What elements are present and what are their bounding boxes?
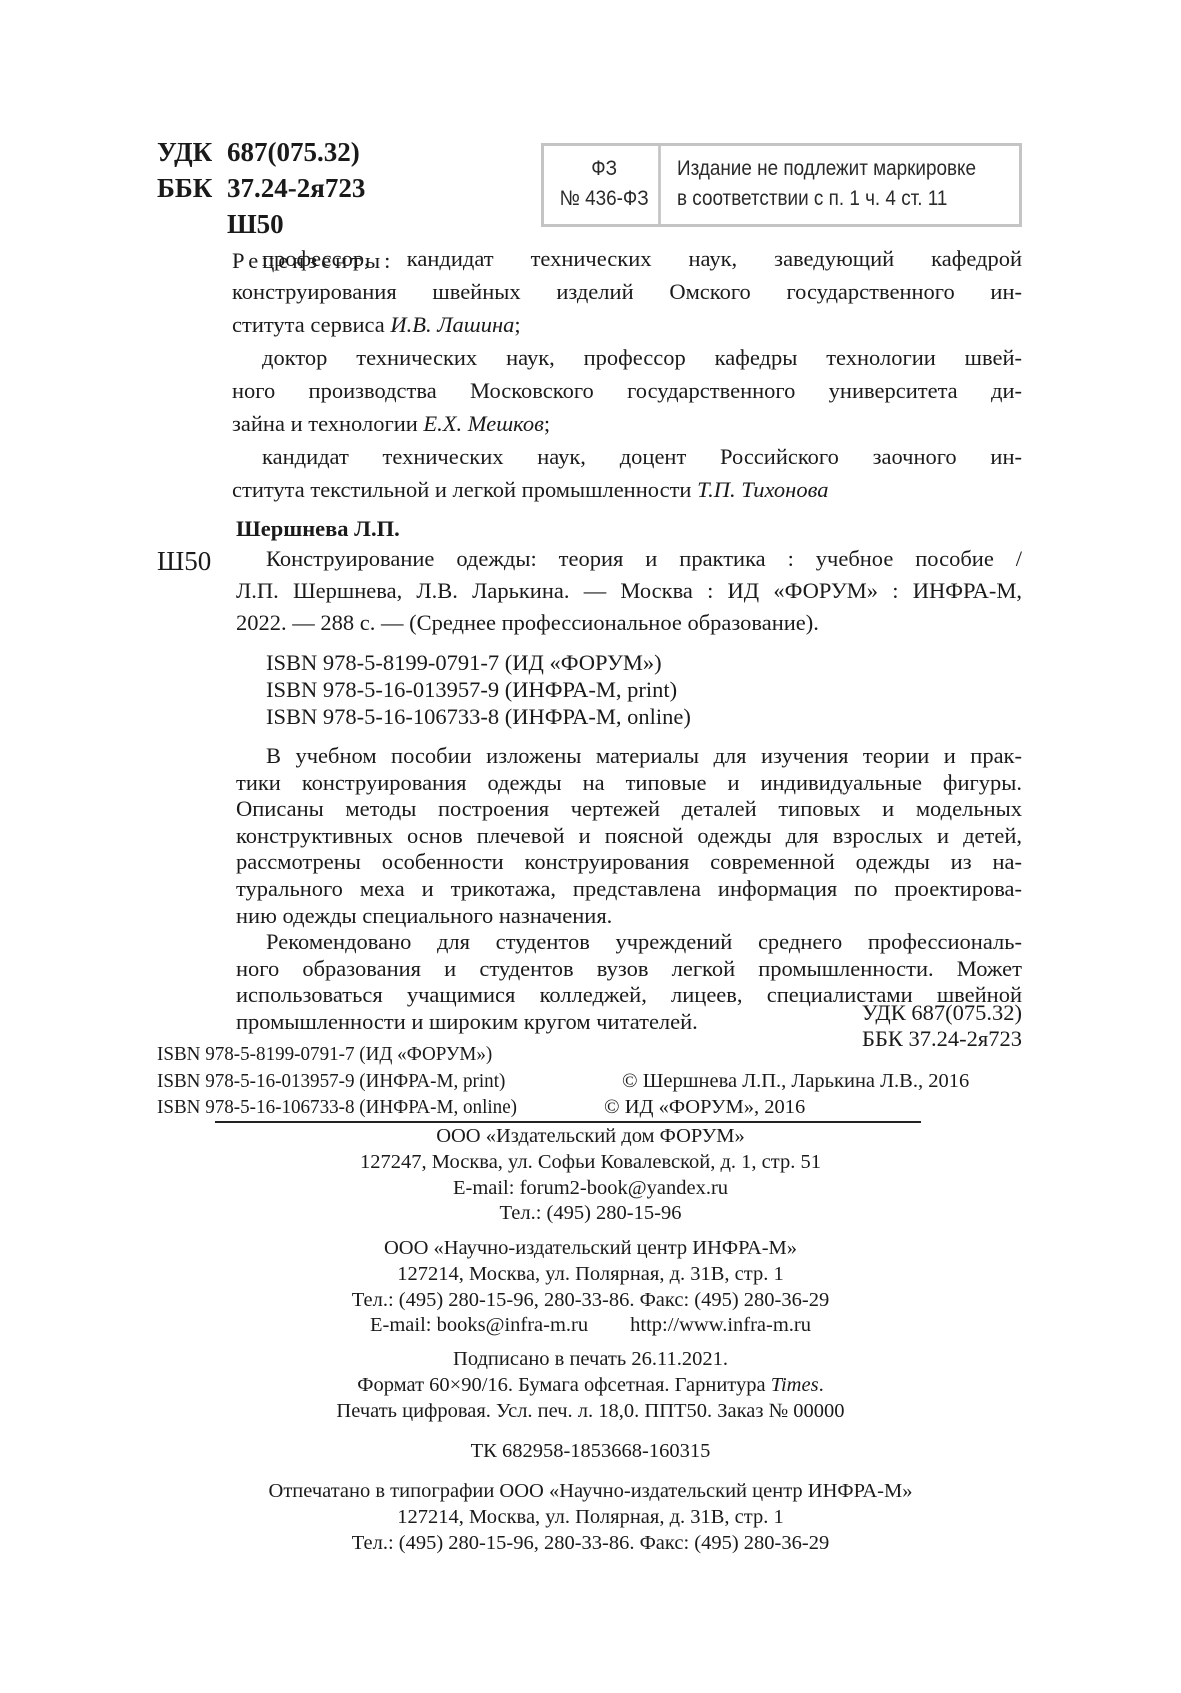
signed-for-print: Подписано в печать 26.11.2021. (0, 1348, 1181, 1371)
copyright-notice: © ИД «ФОРУМ», 2016 (604, 1096, 805, 1119)
reviewer-name: Т.П. Тихонова (697, 477, 828, 502)
recommendation-line: ного образования и студентов вузов легко… (236, 956, 1022, 982)
isbn-line: ISBN 978-5-16-013957-9 (ИНФРА-М, print) (266, 677, 677, 703)
udk-footer: УДК 687(075.32) (862, 1000, 1022, 1026)
copyright-notice: © Шершнева Л.П., Ларькина Л.В., 2016 (622, 1070, 969, 1093)
marking-notice-box: ФЗ № 436-ФЗ Издание не подлежит маркиров… (541, 143, 1022, 227)
reviewer-line: доктор технических наук, профессор кафед… (262, 345, 1022, 371)
annotation-line: тики конструирования одежды на типовые и… (236, 770, 1022, 796)
forum-imprint-line: 127247, Москва, ул. Софьи Ковалевской, д… (0, 1151, 1181, 1174)
printer-line: Тел.: (495) 280-15-96, 280-33-86. Факс: … (0, 1532, 1181, 1555)
annotation-line: рассмотрены особенности конструирования … (236, 849, 1022, 875)
bbk-value: 37.24-2я723 (227, 173, 365, 203)
annotation-line: турального меха и трикотажа, представлен… (236, 876, 1022, 902)
description-line: Л.П. Шершнева, Л.В. Ларькина. — Москва :… (236, 578, 1022, 604)
annotation-line: Описаны методы построения чертежей детал… (236, 796, 1022, 822)
author-name: Шершнева Л.П. (236, 516, 400, 542)
infra-imprint-line: Тел.: (495) 280-15-96, 280-33-86. Факс: … (0, 1289, 1181, 1312)
isbn-line: ISBN 978-5-16-106733-8 (ИНФРА-М, online) (266, 704, 691, 730)
copyright-isbn: ISBN 978-5-16-106733-8 (ИНФРА-М, online) (157, 1096, 517, 1119)
format-line: Формат 60×90/16. Бумага офсетная. Гарнит… (0, 1374, 1181, 1397)
recommendation-line: Рекомендовано для студентов учреждений с… (266, 929, 1022, 955)
annotation-line: конструктивных основ плечевой и поясной … (236, 823, 1022, 849)
marking-text: Издание не подлежит маркировке в соответ… (667, 146, 1009, 224)
bbk-label: ББК (157, 171, 227, 206)
reviewer-line: конструирования швейных изделий Омского … (232, 279, 1022, 305)
reviewer-name: И.В. Лашина (390, 312, 514, 337)
udk-classification: УДК687(075.32) (157, 135, 360, 170)
marking-text-line-2: в соответствии с п. 1 ч. 4 ст. 11 (677, 184, 976, 214)
reviewer-line: профессор, кандидат технических наук, за… (262, 246, 1022, 272)
printer-line: 127214, Москва, ул. Полярная, д. 31В, ст… (0, 1506, 1181, 1529)
forum-imprint-line: E-mail: forum2-book@yandex.ru (0, 1177, 1181, 1200)
udk-label: УДК (157, 135, 227, 170)
law-line-2: № 436-ФЗ (550, 184, 658, 214)
isbn-line: ISBN 978-5-8199-0791-7 (ИД «ФОРУМ») (266, 650, 662, 676)
law-reference: ФЗ № 436-ФЗ (550, 146, 661, 224)
annotation-line: В учебном пособии изложены материалы для… (266, 743, 1022, 769)
infra-imprint-line: 127214, Москва, ул. Полярная, д. 31В, ст… (0, 1263, 1181, 1286)
forum-imprint-line: ООО «Издательский дом ФОРУМ» (0, 1125, 1181, 1148)
reviewer-line: кандидат технических наук, доцент Россий… (262, 444, 1022, 470)
udk-value: 687(075.32) (227, 137, 360, 167)
description-line: Конструирование одежды: теория и практик… (266, 546, 1022, 572)
reviewer-line: ного производства Московского государств… (232, 378, 1022, 404)
author-mark-top: Ш50 (227, 207, 284, 242)
printer-line: Отпечатано в типографии ООО «Научно-изда… (0, 1480, 1181, 1503)
marking-text-line-1: Издание не подлежит маркировке (677, 154, 976, 184)
typeface-name: Times (771, 1374, 819, 1396)
separator-rule (215, 1121, 921, 1123)
infra-website: http://www.infra-m.ru (630, 1314, 811, 1336)
copyright-isbn: ISBN 978-5-8199-0791-7 (ИД «ФОРУМ») (157, 1043, 492, 1066)
annotation-line: нию одежды специального назначения. (236, 903, 612, 929)
bbk-classification: ББК37.24-2я723 (157, 171, 365, 206)
reviewer-line: зайна и технологии Е.Х. Мешков; (232, 411, 550, 437)
forum-imprint-line: Тел.: (495) 280-15-96 (0, 1202, 1181, 1225)
copyright-isbn: ISBN 978-5-16-013957-9 (ИНФРА-М, print) (157, 1070, 505, 1093)
infra-email: E-mail: books@infra-m.ru (370, 1314, 588, 1336)
tk-line: ТК 682958-1853668-160315 (0, 1440, 1181, 1463)
infra-contacts: E-mail: books@infra-m.ruhttp://www.infra… (0, 1314, 1181, 1337)
author-mark: Ш50 (157, 546, 211, 577)
printing-line: Печать цифровая. Усл. печ. л. 18,0. ППТ5… (0, 1400, 1181, 1423)
description-line: 2022. — 288 с. — (Среднее профессиональн… (236, 610, 819, 636)
law-line-1: ФЗ (550, 154, 658, 184)
reviewer-line: ститута текстильной и легкой промышленно… (232, 477, 828, 503)
bbk-footer: ББК 37.24-2я723 (862, 1026, 1022, 1052)
recommendation-line: промышленности и широким кругом читателе… (236, 1009, 698, 1035)
infra-imprint-line: ООО «Научно-издательский центр ИНФРА-М» (0, 1237, 1181, 1260)
reviewer-name: Е.Х. Мешков (423, 411, 543, 436)
reviewer-line: ститута сервиса И.В. Лашина; (232, 312, 521, 338)
